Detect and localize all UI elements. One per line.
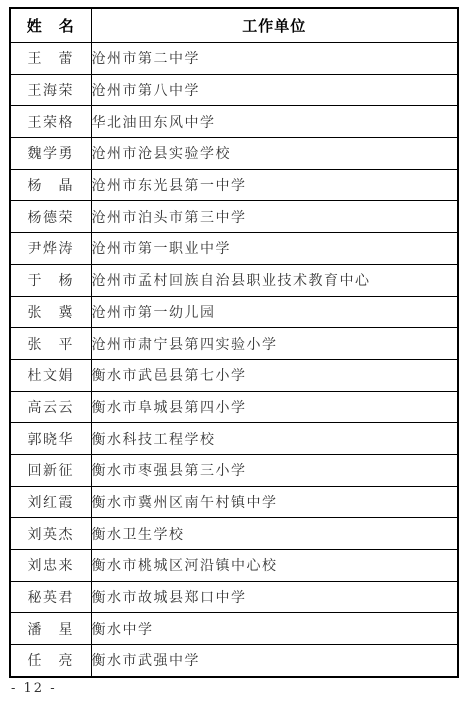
name-cell: 王荣格 [10,106,91,138]
name-cell: 郭晓华 [10,423,91,455]
name-cell: 刘英杰 [10,518,91,550]
unit-cell: 衡水市桃城区河沿镇中心校 [91,550,458,582]
unit-cell: 衡水市故城县郑口中学 [91,581,458,613]
table-row: 回新征衡水市枣强县第三小学 [10,454,458,486]
name-cell: 张 冀 [10,296,91,328]
table-row: 高云云衡水市阜城县第四小学 [10,391,458,423]
name-cell: 刘忠来 [10,550,91,582]
unit-cell: 衡水科技工程学校 [91,423,458,455]
document-page: 姓 名 工作单位 王 蕾沧州市第二中学王海荣沧州市第八中学王荣格华北油田东风中学… [0,0,467,712]
table-row: 王 蕾沧州市第二中学 [10,43,458,75]
name-cell: 杜文娟 [10,359,91,391]
table-row: 刘红霞衡水市冀州区南午村镇中学 [10,486,458,518]
name-cell: 任 亮 [10,645,91,677]
table-row: 刘忠来衡水市桃城区河沿镇中心校 [10,550,458,582]
table-header-row: 姓 名 工作单位 [10,8,458,43]
table-row: 刘英杰衡水卫生学校 [10,518,458,550]
unit-cell: 衡水市冀州区南午村镇中学 [91,486,458,518]
name-column-header: 姓 名 [10,8,91,43]
table-row: 张 冀沧州市第一幼儿园 [10,296,458,328]
unit-cell: 衡水市枣强县第三小学 [91,454,458,486]
unit-cell: 沧州市泊头市第三中学 [91,201,458,233]
name-cell: 杨 晶 [10,169,91,201]
table-row: 潘 星衡水中学 [10,613,458,645]
unit-cell: 沧州市第一职业中学 [91,233,458,265]
table-row: 魏学勇沧州市沧县实验学校 [10,138,458,170]
name-cell: 张 平 [10,328,91,360]
unit-cell: 衡水市阜城县第四小学 [91,391,458,423]
unit-cell: 衡水中学 [91,613,458,645]
unit-cell: 沧州市第二中学 [91,43,458,75]
name-cell: 回新征 [10,454,91,486]
unit-cell: 衡水市武强中学 [91,645,458,677]
table-row: 郭晓华衡水科技工程学校 [10,423,458,455]
unit-cell: 沧州市肃宁县第四实验小学 [91,328,458,360]
table-row: 王海荣沧州市第八中学 [10,74,458,106]
unit-cell: 衡水卫生学校 [91,518,458,550]
unit-cell: 沧州市孟村回族自治县职业技术教育中心 [91,264,458,296]
table-row: 张 平沧州市肃宁县第四实验小学 [10,328,458,360]
table-row: 杨德荣沧州市泊头市第三中学 [10,201,458,233]
name-cell: 尹烨涛 [10,233,91,265]
unit-cell: 衡水市武邑县第七小学 [91,359,458,391]
unit-cell: 沧州市沧县实验学校 [91,138,458,170]
unit-cell: 华北油田东风中学 [91,106,458,138]
name-cell: 秘英君 [10,581,91,613]
table-row: 杨 晶沧州市东光县第一中学 [10,169,458,201]
table-row: 任 亮衡水市武强中学 [10,645,458,677]
roster-table: 姓 名 工作单位 王 蕾沧州市第二中学王海荣沧州市第八中学王荣格华北油田东风中学… [9,7,459,678]
name-cell: 潘 星 [10,613,91,645]
table-row: 杜文娟衡水市武邑县第七小学 [10,359,458,391]
name-cell: 高云云 [10,391,91,423]
table-row: 王荣格华北油田东风中学 [10,106,458,138]
unit-cell: 沧州市东光县第一中学 [91,169,458,201]
table-row: 于 杨沧州市孟村回族自治县职业技术教育中心 [10,264,458,296]
unit-column-header: 工作单位 [91,8,458,43]
table-row: 尹烨涛沧州市第一职业中学 [10,233,458,265]
name-cell: 杨德荣 [10,201,91,233]
name-cell: 刘红霞 [10,486,91,518]
table-row: 秘英君衡水市故城县郑口中学 [10,581,458,613]
name-cell: 于 杨 [10,264,91,296]
name-cell: 王 蕾 [10,43,91,75]
name-cell: 王海荣 [10,74,91,106]
name-cell: 魏学勇 [10,138,91,170]
page-number: - 12 - [11,681,57,696]
unit-cell: 沧州市第一幼儿园 [91,296,458,328]
unit-cell: 沧州市第八中学 [91,74,458,106]
